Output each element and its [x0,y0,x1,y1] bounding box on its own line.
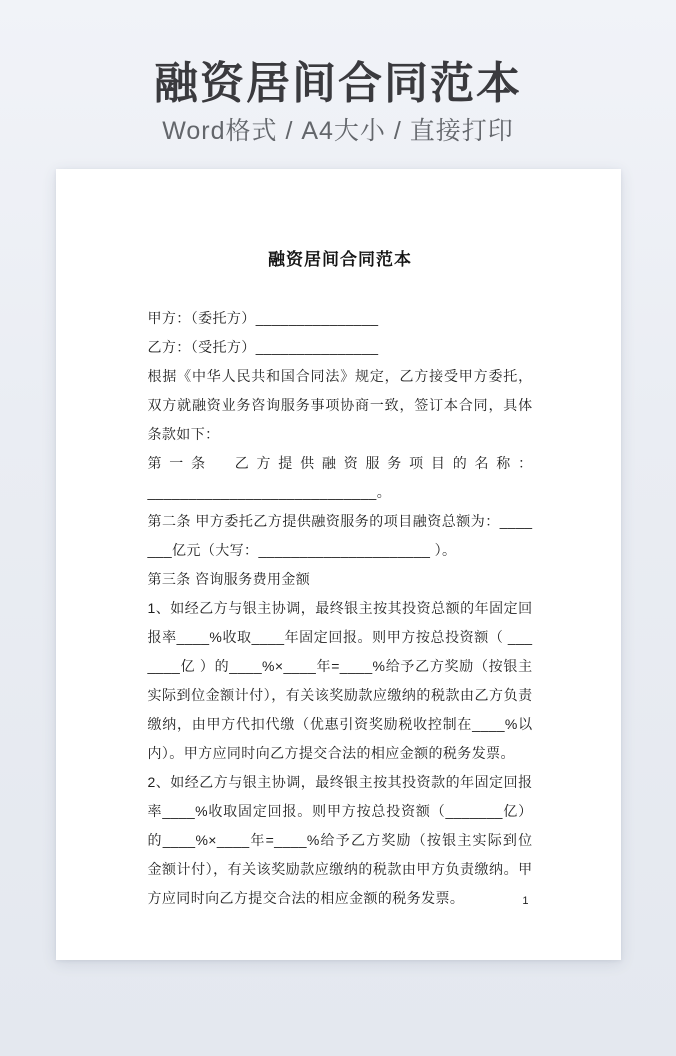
clause-3-heading: 第三条 咨询服务费用金额 [148,565,533,594]
clause-3-item-1: 1、如经乙方与银主协调，最终银主按其投资总额的年固定回报率____%收取____… [148,594,533,768]
clause-1-blank-line: ____________________________。 [148,478,533,507]
header-title: 融资居间合同范本 [0,60,676,108]
clause-2-paragraph: 第二条 甲方委托乙方提供融资服务的项目融资总额为：_______亿元（大写：__… [148,507,533,565]
header-banner: 融资居间合同范本 Word格式 / A4大小 / 直接打印 [0,0,676,146]
clause-1-heading: 第一条 乙方提供融资服务项目的名称： [148,449,533,478]
party-b-line: 乙方：（受托方）_______________ [148,333,533,362]
header-subtitle: Word格式 / A4大小 / 直接打印 [0,116,676,146]
intro-paragraph: 根据《中华人民共和国合同法》规定，乙方接受甲方委托，双方就融资业务咨询服务事项协… [148,362,533,449]
document-page: 融资居间合同范本 甲方：（委托方）_______________ 乙方：（受托方… [56,169,621,960]
party-a-line: 甲方：（委托方）_______________ [148,304,533,333]
document-title: 融资居间合同范本 [148,247,533,273]
template-preview: 融资居间合同范本 Word格式 / A4大小 / 直接打印 融资居间合同范本 甲… [0,0,676,960]
page-number: 1 [522,895,528,907]
clause-3-item-2: 2、如经乙方与银主协调，最终银主按其投资款的年固定回报率____%收取固定回报。… [148,768,533,913]
